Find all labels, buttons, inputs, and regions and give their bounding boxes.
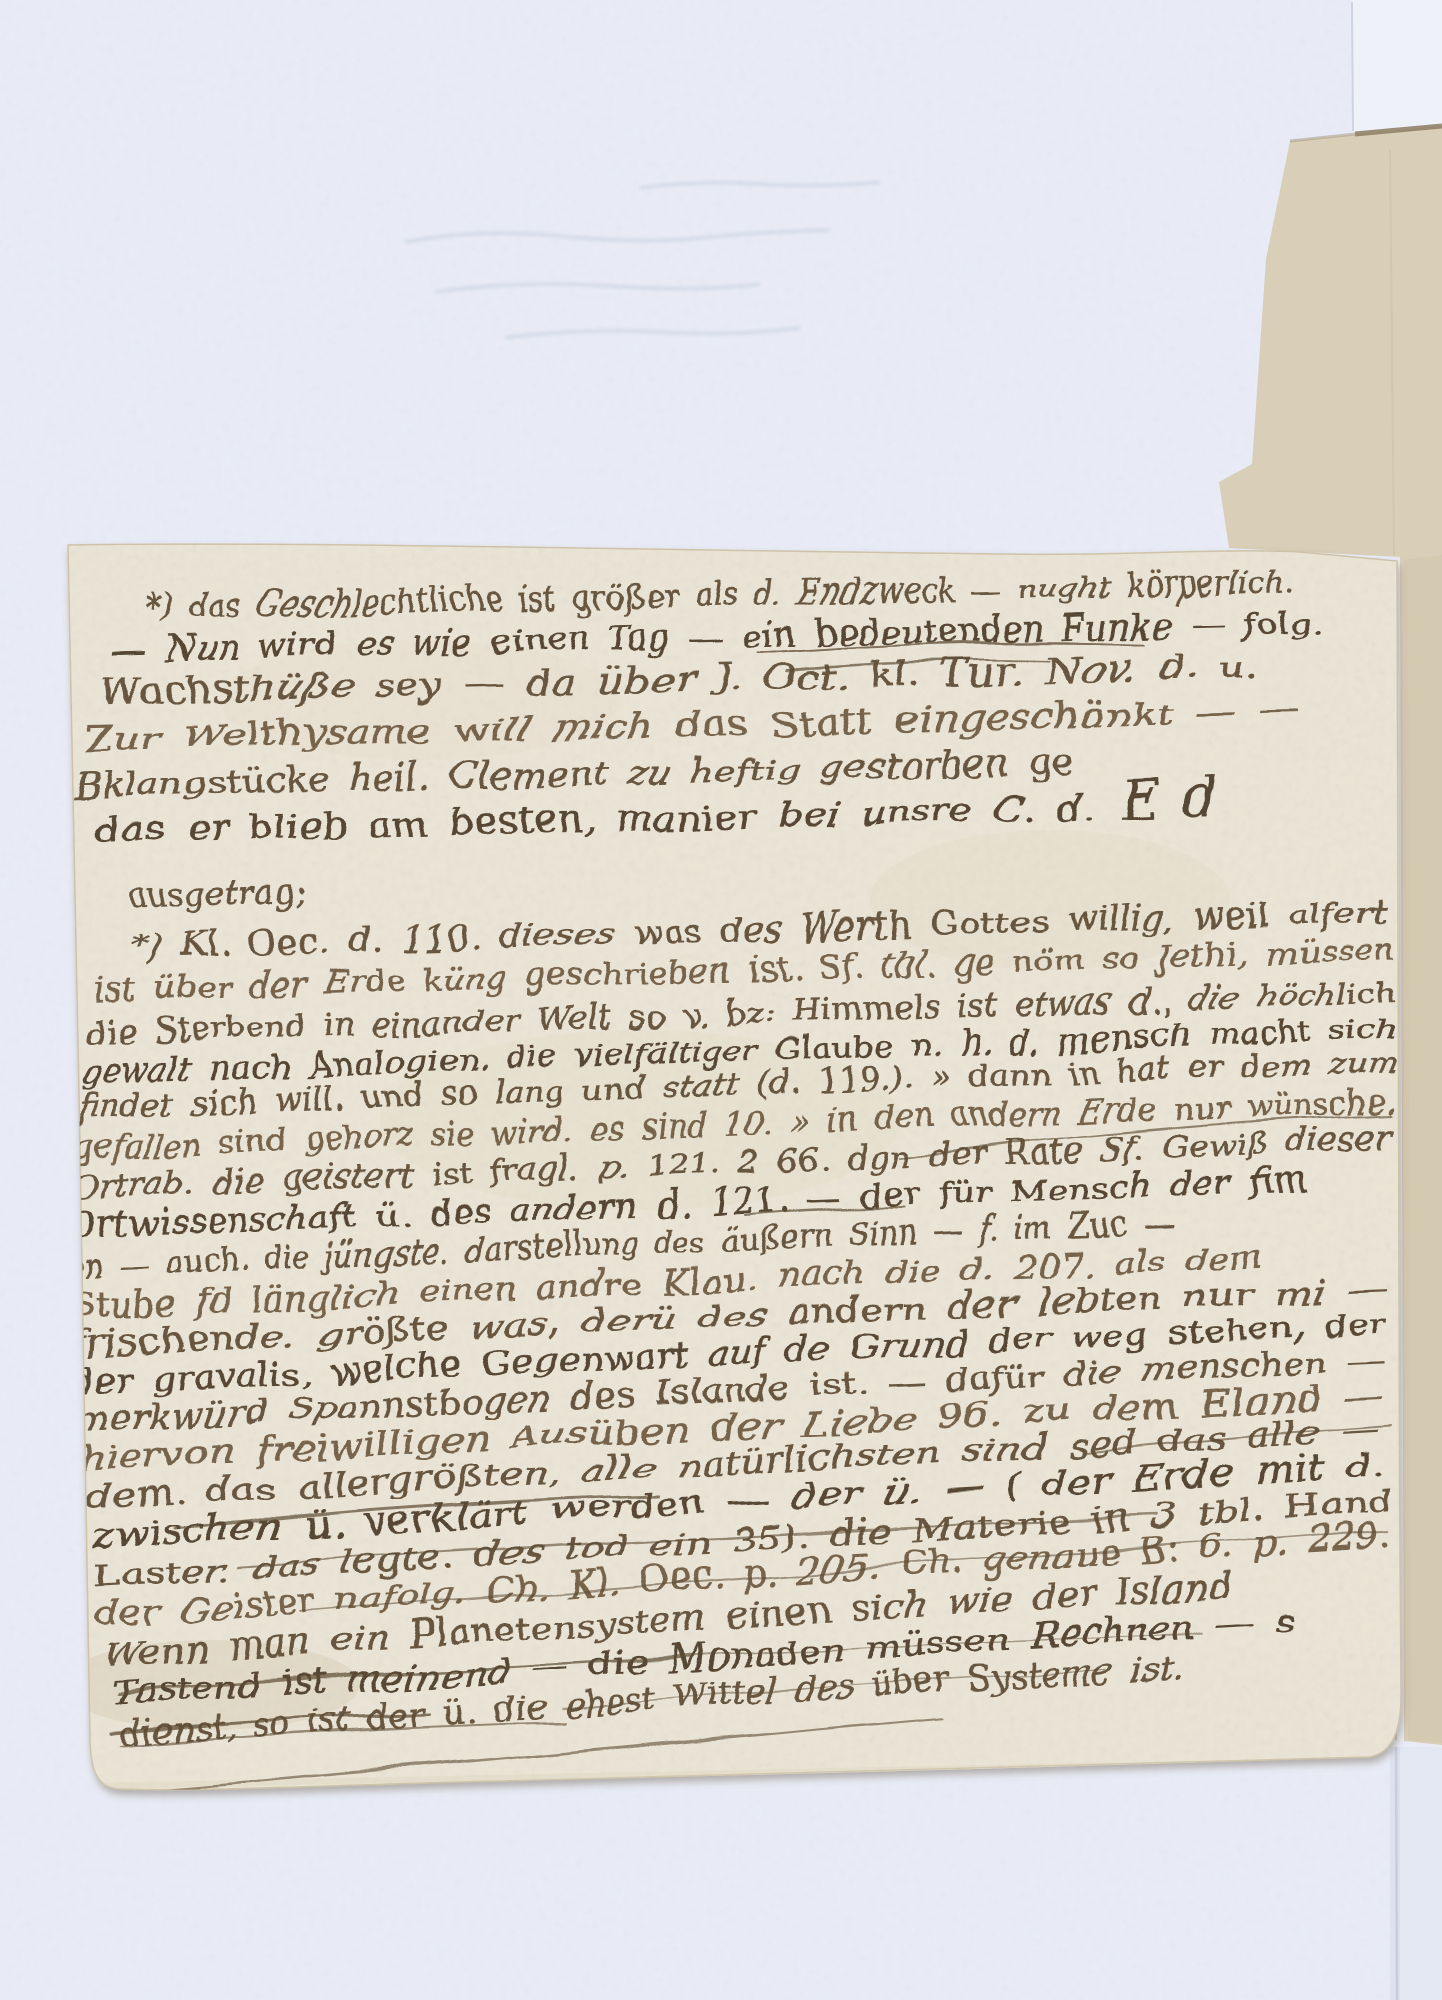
scanned-manuscript-page: *) das Geschlechtliche ist größer als d.… [0,0,1442,2000]
manuscript-scan: *) das Geschlechtliche ist größer als d.… [0,0,1442,2000]
handwriting-line: E d [1119,768,1217,831]
handwriting-line: ausgetrag; [129,871,305,915]
album-edge-region [1397,1747,1442,2000]
adjacent-white-sheet [1353,0,1442,133]
album-sheet-edge-top [1352,2,1353,131]
book-page-strip-shading [1404,555,1442,1743]
album-sheet-edge-bottom [1396,1747,1397,2000]
